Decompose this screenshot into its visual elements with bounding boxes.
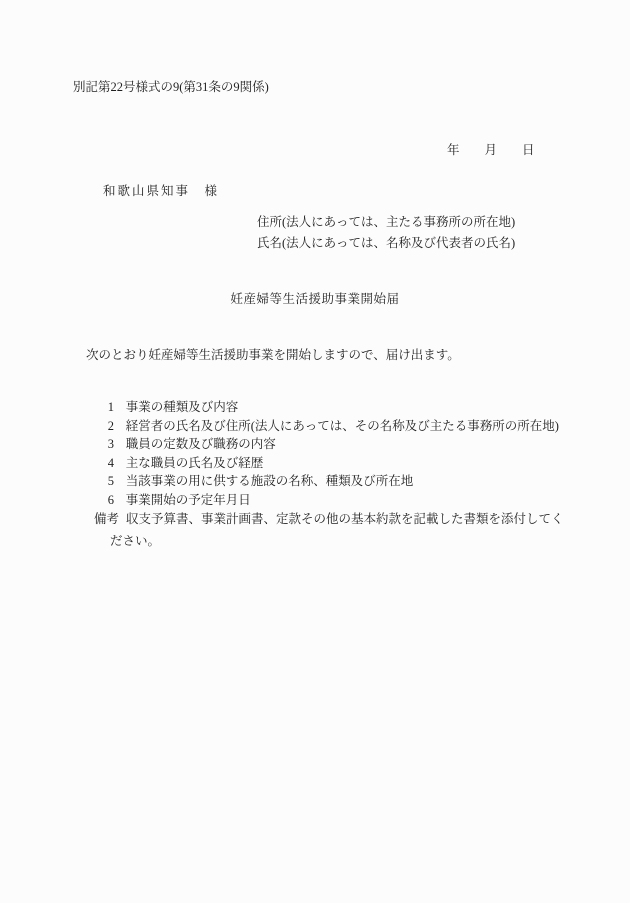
date-line: 年 月 日 bbox=[447, 143, 535, 157]
document-page: 別記第22号様式の9(第31条の9関係) 年 月 日 和歌山県知事 様 住所(法… bbox=[0, 0, 630, 903]
remark-text-line1: 収支予算書、事業計画書、定款その他の基本約款を記載した書類を添付してく bbox=[126, 512, 564, 526]
intro-text: 次のとおり妊産婦等生活援助事業を開始しますので、届け出ます。 bbox=[86, 348, 460, 362]
address-label: 住所(法人にあっては、主たる事務所の所在地) bbox=[257, 215, 515, 229]
addressee-line: 和歌山県知事 様 bbox=[103, 184, 219, 198]
remark-label: 備考 bbox=[94, 512, 119, 526]
item-number: 6 bbox=[108, 493, 126, 507]
item-text: 事業開始の予定年月日 bbox=[126, 493, 251, 507]
remark-text-line2: ださい。 bbox=[110, 534, 160, 548]
name-label: 氏名(法人にあっては、名称及び代表者の氏名) bbox=[257, 236, 515, 250]
form-number: 別記第22号様式の9(第31条の9関係) bbox=[73, 80, 269, 94]
document-title: 妊産婦等生活援助事業開始届 bbox=[0, 292, 630, 306]
